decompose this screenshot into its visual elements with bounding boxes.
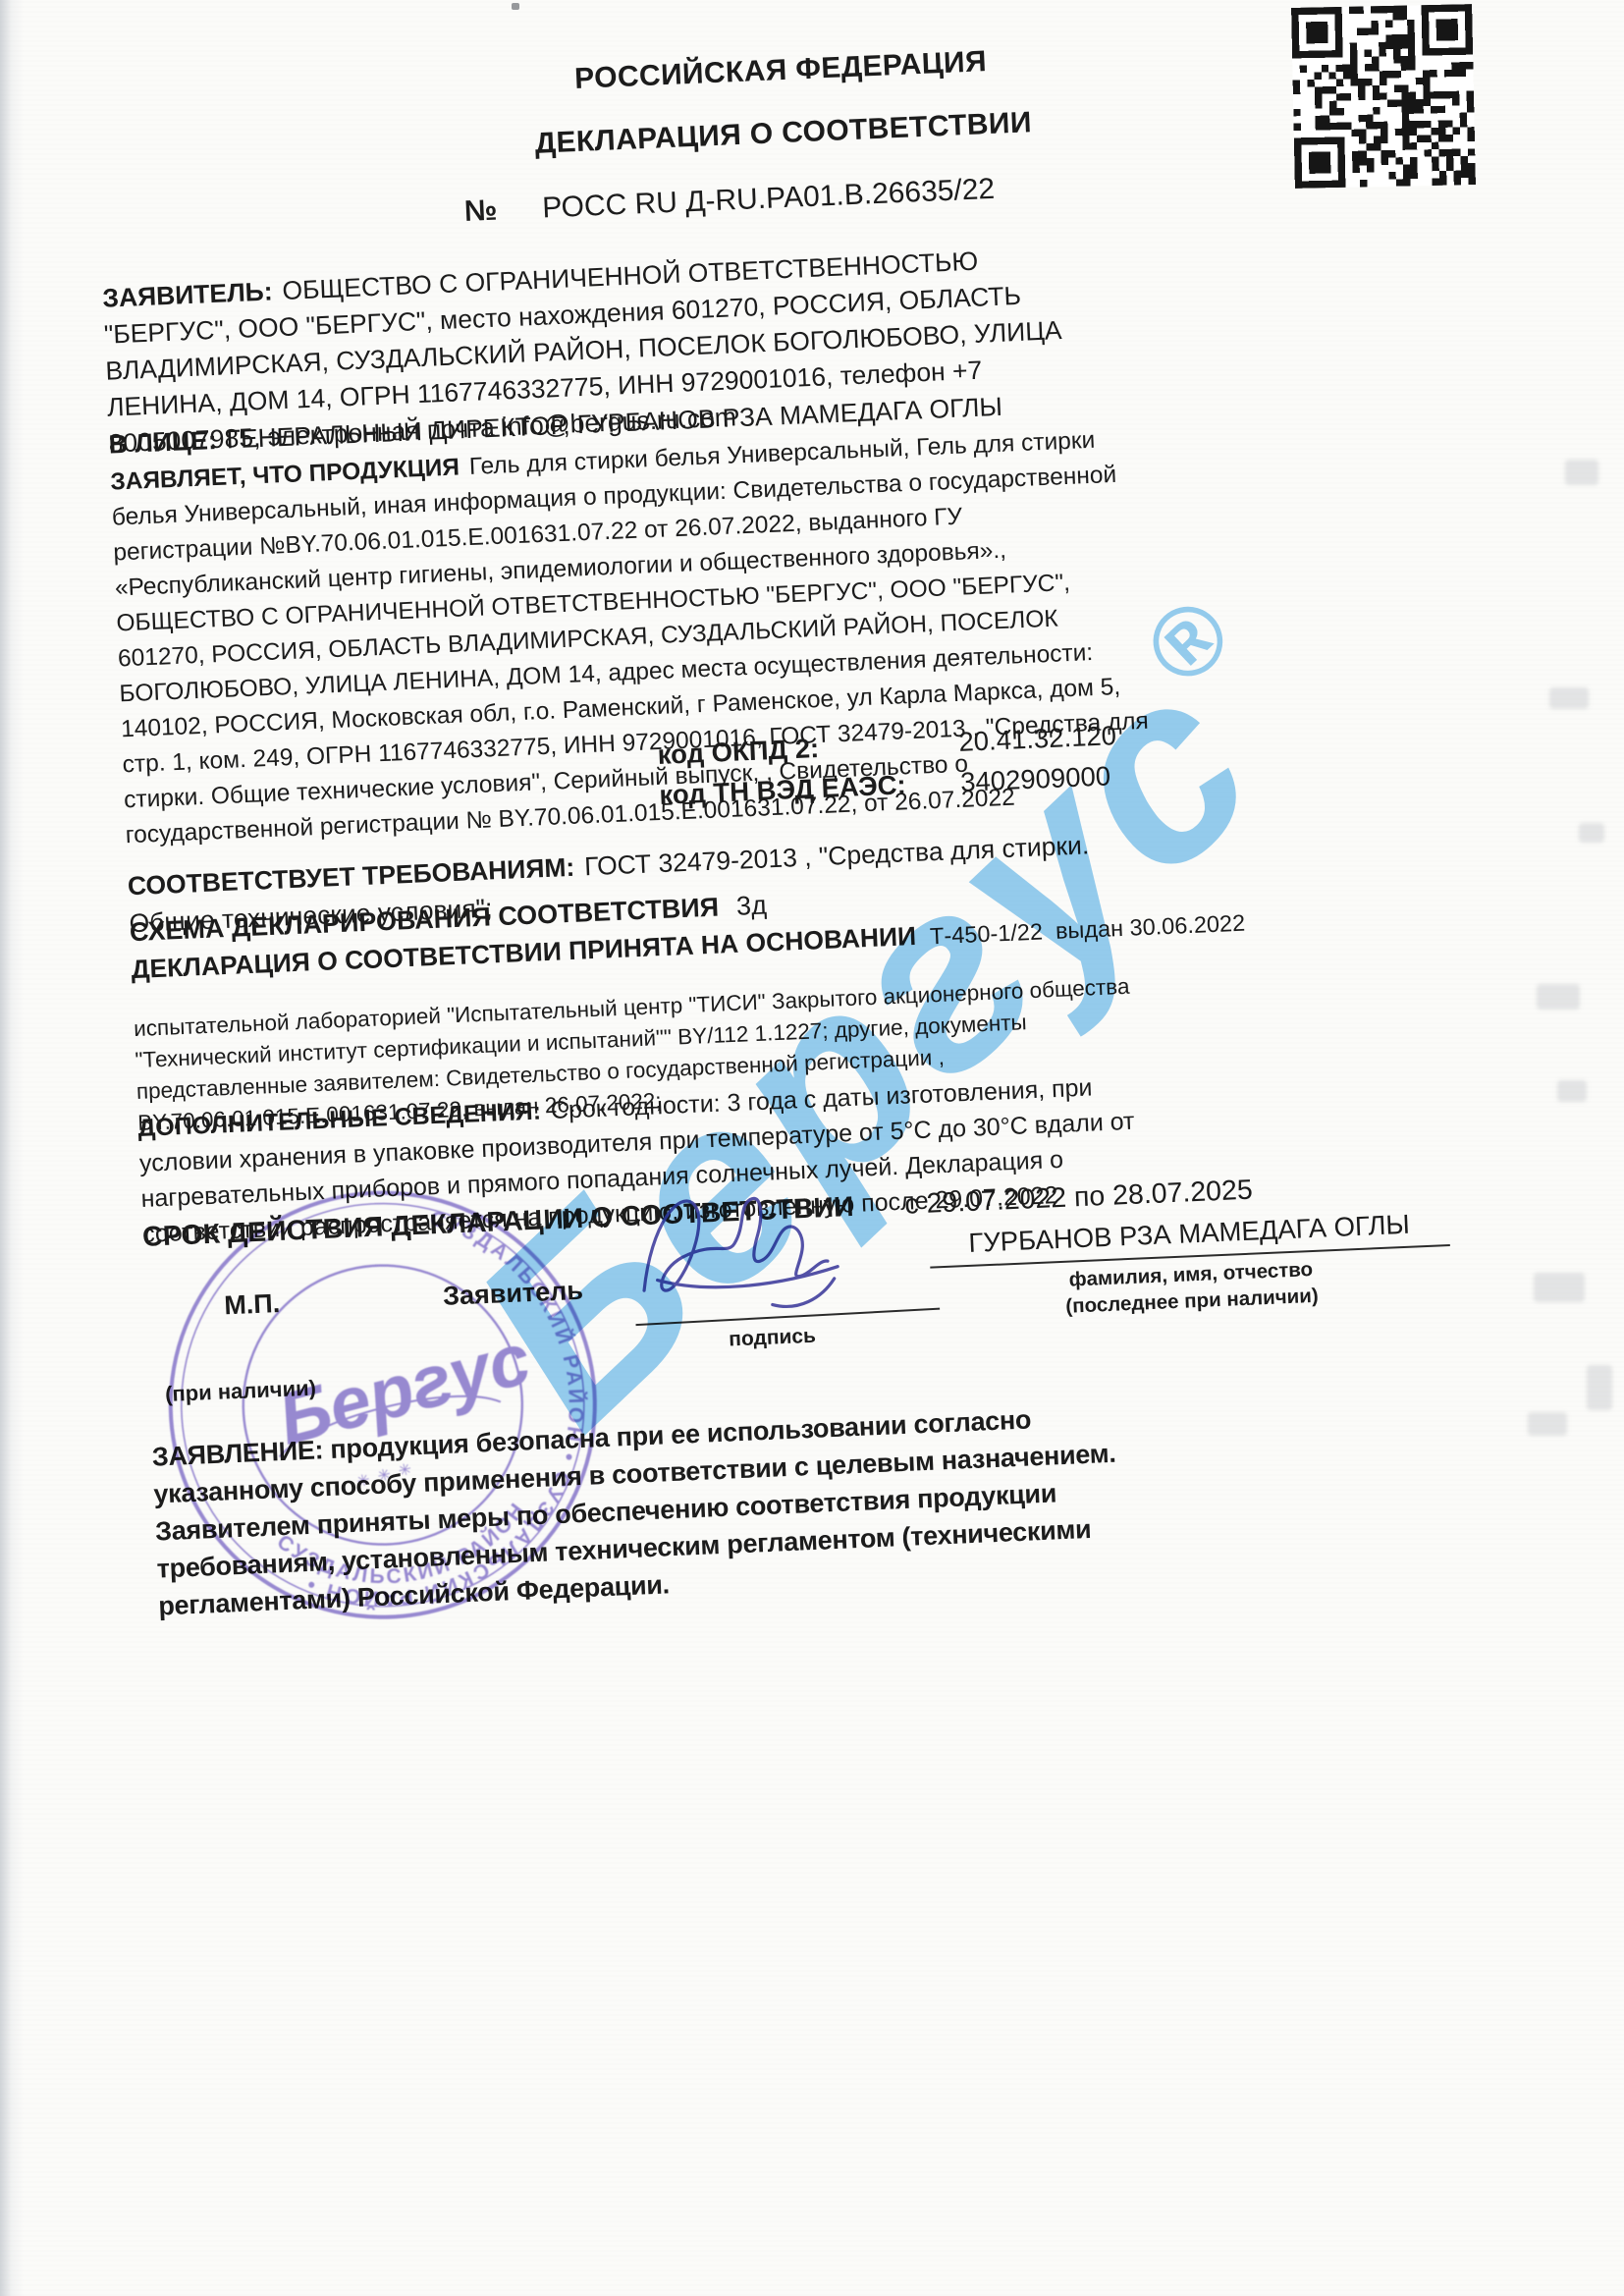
- scan-speck: [512, 3, 519, 10]
- scan-artifact: [1579, 823, 1604, 843]
- in-person-label: В ЛИЦЕ:: [108, 424, 217, 459]
- tnved-label: код ТН ВЭД ЕАЭС:: [659, 769, 906, 811]
- declaration-number-row: № РОСС RU Д-RU.РА01.В.26635/22: [463, 173, 996, 229]
- svg-text:✳ ✳ ✳: ✳ ✳ ✳: [355, 1460, 415, 1491]
- okpd-label: код ОКПД 2:: [657, 733, 820, 771]
- declares-label: ЗАЯВЛЯЕТ, ЧТО ПРОДУКЦИЯ: [110, 454, 460, 495]
- scan-artifact: [1549, 687, 1589, 709]
- declaration-number: РОСС RU Д-RU.РА01.В.26635/22: [542, 173, 996, 226]
- number-sign: №: [463, 194, 498, 229]
- scan-left-edge-shadow: [0, 0, 24, 2296]
- scanned-declaration-page: { "document": { "country_header": "РОССИ…: [0, 0, 1624, 2296]
- complies-label: СООТВЕТСТВУЕТ ТРЕБОВАНИЯМ:: [127, 851, 575, 900]
- applicant-label: ЗАЯВИТЕЛЬ:: [102, 276, 273, 312]
- scan-artifact: [1565, 460, 1598, 485]
- signatory-name-block: ГУРБАНОВ РЗА МАМЕДАГА ОГЛЫ фамилия, имя,…: [929, 1207, 1453, 1326]
- scan-artifact: [1587, 1365, 1612, 1410]
- declaration-document: РОССИЙСКАЯ ФЕДЕРАЦИЯ ДЕКЛАРАЦИЯ О СООТВЕ…: [93, 23, 1581, 1614]
- scheme-value: 3д: [735, 890, 767, 921]
